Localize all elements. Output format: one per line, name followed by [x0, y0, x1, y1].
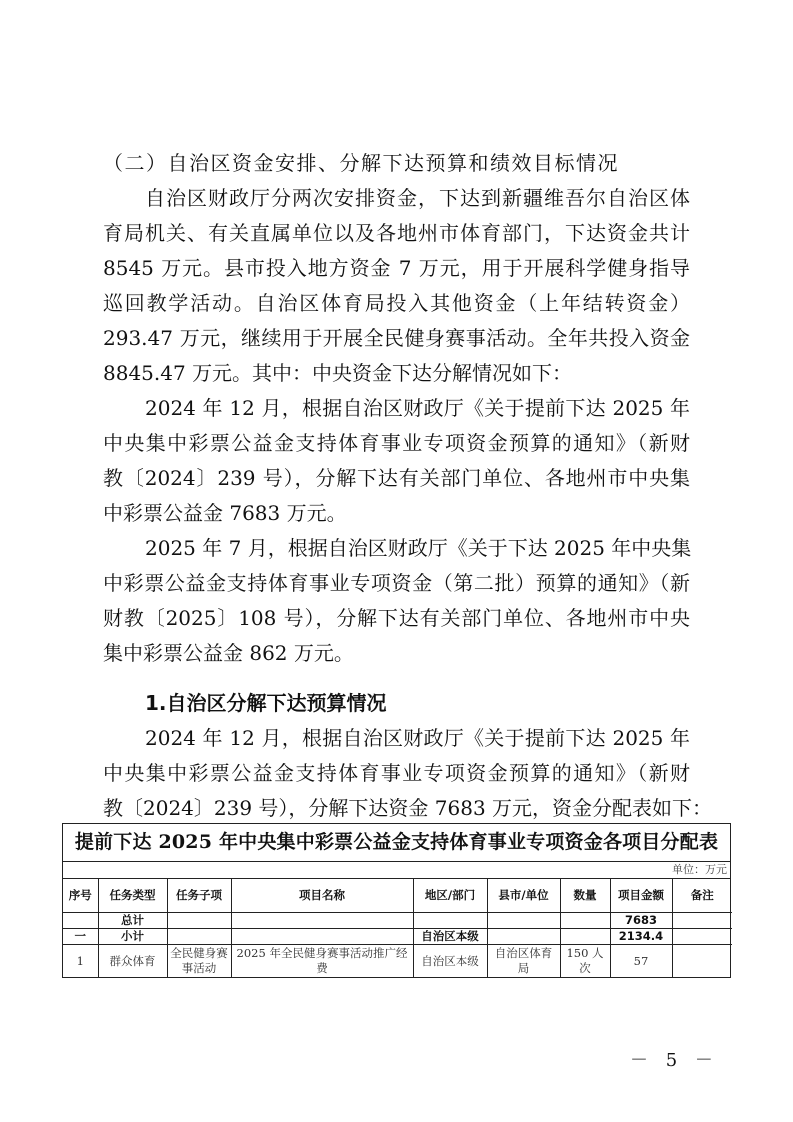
- text-line: 8545 万元。县市投入地方资金 7 万元，用于开展科学健身指导: [103, 251, 690, 286]
- text-line: 集中彩票公益金 862 万元。: [103, 636, 690, 671]
- header-cell: 任务子项: [167, 879, 231, 913]
- table-header-row: 序号 任务类型 任务子项 项目名称 地区/部门 县市/单位 数量 项目金额 备注: [63, 879, 732, 913]
- table-cell: 1: [63, 945, 98, 978]
- text-line: 巡回教学活动。自治区体育局投入其他资金（上年结转资金）: [103, 286, 690, 321]
- text-line: 育局机关、有关直属单位以及各地州市体育部门，下达资金共计: [103, 216, 690, 251]
- paragraph-dec-2024: 2024 年 12 月，根据自治区财政厅《关于提前下达 2025 年 中央集中彩…: [103, 391, 690, 531]
- table-row-total: 总计 7683: [63, 913, 732, 929]
- table-cell: [487, 929, 560, 945]
- table-cell: [231, 929, 413, 945]
- table-cell: 7683: [610, 913, 672, 929]
- text-line: 自治区财政厅分两次安排资金，下达到新疆维吾尔自治区体: [103, 181, 690, 216]
- allocation-table: 提前下达 2025 年中央集中彩票公益金支持体育事业专项资金各项目分配表 单位：…: [62, 823, 731, 978]
- text-line: 2025 年 7 月，根据自治区财政厅《关于下达 2025 年中央集: [103, 531, 690, 566]
- section-heading: （二）自治区资金安排、分解下达预算和绩效目标情况: [103, 146, 690, 181]
- document-page: （二）自治区资金安排、分解下达预算和绩效目标情况 自治区财政厅分两次安排资金，下…: [0, 0, 793, 1122]
- header-cell: 备注: [672, 879, 732, 913]
- text-line: 8845.47 万元。其中：中央资金下达分解情况如下：: [103, 356, 690, 391]
- table-row: 1 群众体育 全民健身赛事活动 2025 年全民健身赛事活动推广经费 自治区本级…: [63, 945, 732, 978]
- table-cell: [167, 929, 231, 945]
- table-cell: [672, 913, 732, 929]
- table-cell: [167, 913, 231, 929]
- page-number: － 5 －: [630, 1046, 719, 1072]
- table-cell: 2025 年全民健身赛事活动推广经费: [231, 945, 413, 978]
- table-title: 提前下达 2025 年中央集中彩票公益金支持体育事业专项资金各项目分配表: [63, 824, 730, 862]
- table-cell: [560, 929, 610, 945]
- text-line: 2024 年 12 月，根据自治区财政厅《关于提前下达 2025 年: [103, 391, 690, 426]
- text-line: 财教〔2025〕108 号），分解下达有关部门单位、各地州市中央: [103, 601, 690, 636]
- table-cell: 群众体育: [98, 945, 167, 978]
- header-cell: 项目金额: [610, 879, 672, 913]
- table-cell: 150 人次: [560, 945, 610, 978]
- table-cell: 自治区本级: [413, 929, 487, 945]
- text-line: 中彩票公益金 7683 万元。: [103, 496, 690, 531]
- text-line: 中央集中彩票公益金支持体育事业专项资金预算的通知》（新财: [103, 756, 690, 791]
- table-cell: [231, 913, 413, 929]
- subsection-heading: 1.自治区分解下达预算情况: [145, 686, 387, 721]
- text-line: 教〔2024〕239 号），分解下达有关部门单位、各地州市中央集: [103, 461, 690, 496]
- table-cell: [560, 913, 610, 929]
- header-cell: 项目名称: [231, 879, 413, 913]
- text-line: 中央集中彩票公益金支持体育事业专项资金预算的通知》（新财: [103, 426, 690, 461]
- text-line: 293.47 万元，继续用于开展全民健身赛事活动。全年共投入资金: [103, 321, 690, 356]
- table-cell: [672, 945, 732, 978]
- table-cell: [487, 913, 560, 929]
- table-cell: [413, 913, 487, 929]
- table-cell: 全民健身赛事活动: [167, 945, 231, 978]
- table-unit: 单位：万元: [63, 862, 730, 879]
- table-cell: 小计: [98, 929, 167, 945]
- header-cell: 序号: [63, 879, 98, 913]
- header-cell: 数量: [560, 879, 610, 913]
- allocation-grid: 序号 任务类型 任务子项 项目名称 地区/部门 县市/单位 数量 项目金额 备注…: [63, 879, 732, 977]
- table-cell: [63, 913, 98, 929]
- table-cell: 一: [63, 929, 98, 945]
- header-cell: 任务类型: [98, 879, 167, 913]
- text-line: 2024 年 12 月，根据自治区财政厅《关于提前下达 2025 年: [103, 721, 690, 756]
- table-cell: 自治区本级: [413, 945, 487, 978]
- header-cell: 县市/单位: [487, 879, 560, 913]
- text-line: 中彩票公益金支持体育事业专项资金（第二批）预算的通知》（新: [103, 566, 690, 601]
- table-cell: 2134.4: [610, 929, 672, 945]
- table-cell: [672, 929, 732, 945]
- table-cell: 自治区体育局: [487, 945, 560, 978]
- paragraph-jul-2025: 2025 年 7 月，根据自治区财政厅《关于下达 2025 年中央集 中彩票公益…: [103, 531, 690, 671]
- text-line: 教〔2024〕239 号），分解下达资金 7683 万元，资金分配表如下：: [103, 791, 690, 826]
- paragraph-funding-overview: 自治区财政厅分两次安排资金，下达到新疆维吾尔自治区体 育局机关、有关直属单位以及…: [103, 181, 690, 391]
- table-cell: 57: [610, 945, 672, 978]
- table-cell: 总计: [98, 913, 167, 929]
- paragraph-allocation-intro: 2024 年 12 月，根据自治区财政厅《关于提前下达 2025 年 中央集中彩…: [103, 721, 690, 826]
- table-row-subtotal: 一 小计 自治区本级 2134.4: [63, 929, 732, 945]
- header-cell: 地区/部门: [413, 879, 487, 913]
